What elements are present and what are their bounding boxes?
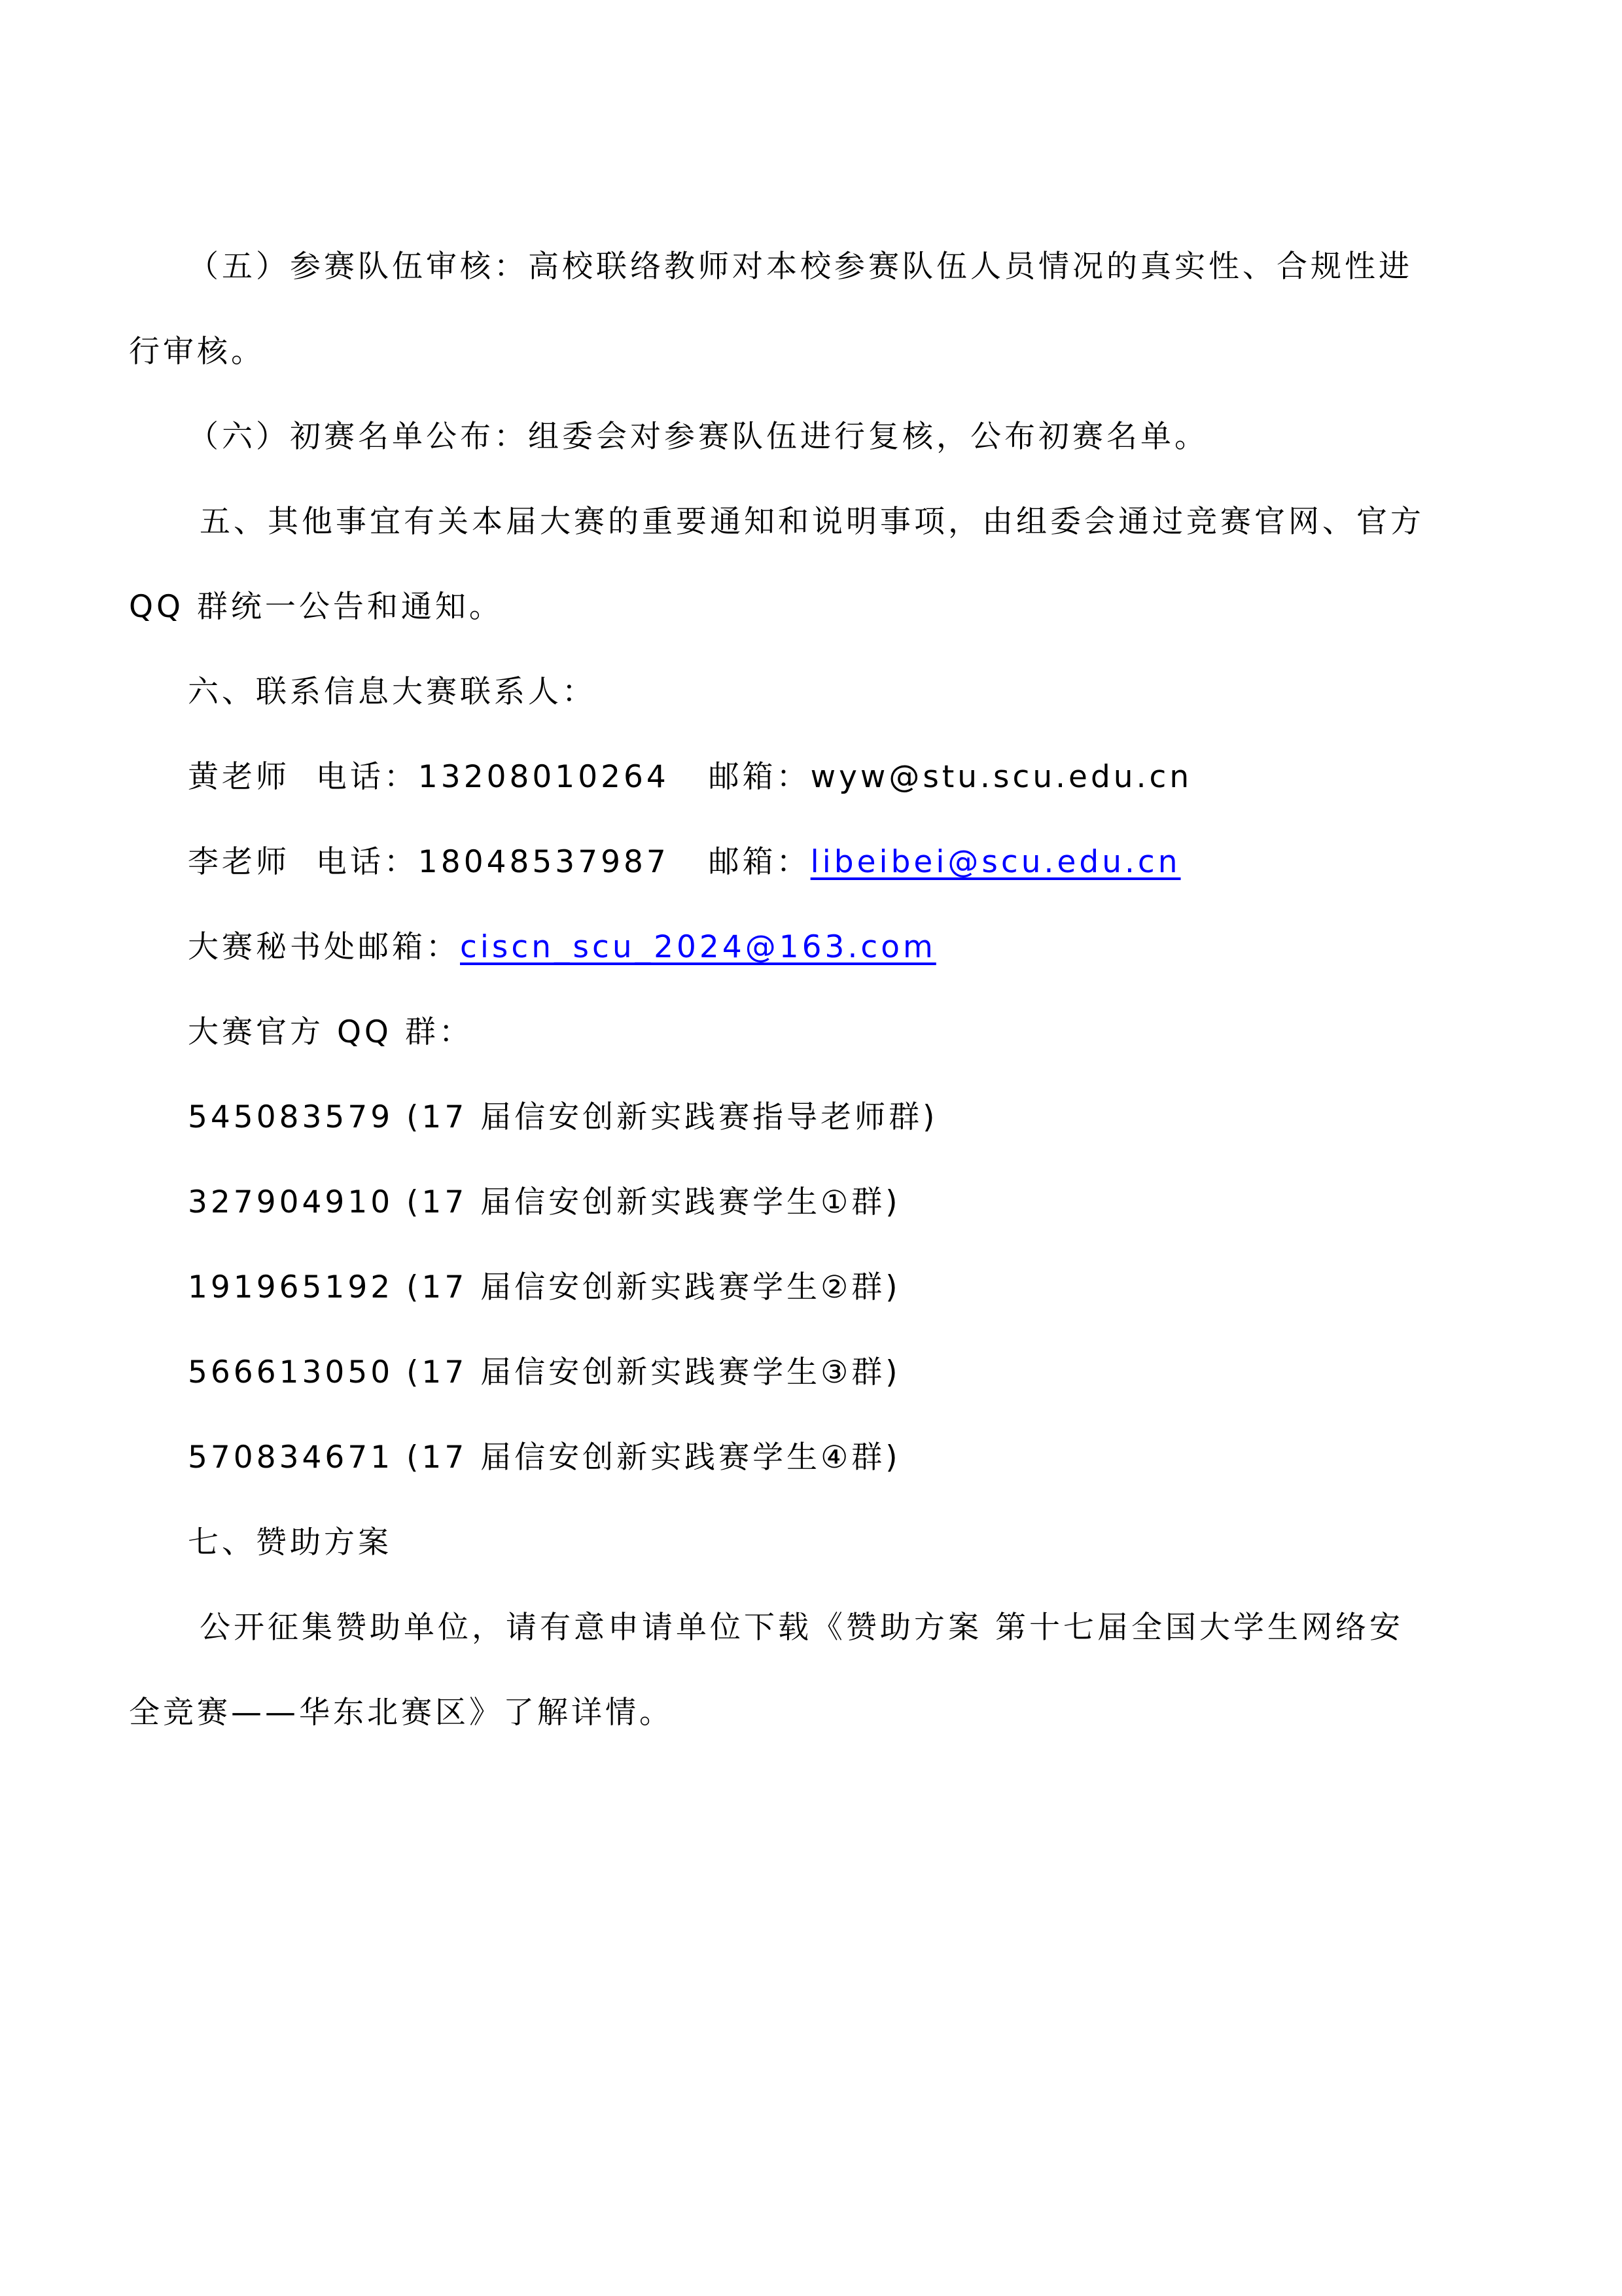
phone-number: 18048537987 [418,844,669,880]
qq-number: 191965192 [188,1269,393,1305]
section-contact-heading: 六、联系信息大赛联系人： [188,673,596,712]
sponsor-text-line2: 全竞赛——华东北赛区》了解详情。 [129,1693,673,1733]
sponsor-text-line1: 公开征集赞助单位，请有意申请单位下载《赞助方案 第十七届全国大学生网络安 [200,1608,1403,1648]
paragraph-team-review-line2: 行审核。 [129,332,265,372]
secretariat-label: 大赛秘书处邮箱： [188,929,460,965]
qq-desc: (17 届信安创新实践赛学生④群) [406,1439,901,1475]
phone-label: 电话： [316,759,418,795]
paragraph-prelim-list: （六）初赛名单公布：组委会对参赛队伍进行复核，公布初赛名单。 [188,417,1208,457]
secretariat-email-link[interactable]: ciscn_scu_2024@163.com [460,929,936,965]
qq-desc: (17 届信安创新实践赛学生①群) [406,1184,901,1220]
qq-group-row: 191965192 (17 届信安创新实践赛学生②群) [188,1268,901,1307]
qq-desc: (17 届信安创新实践赛指导老师群) [406,1099,938,1135]
email-label: 邮箱： [709,759,811,795]
qq-group-row: 545083579 (17 届信安创新实践赛指导老师群) [188,1098,938,1137]
qq-heading: 大赛官方 QQ 群： [188,1013,473,1052]
qq-number: 570834671 [188,1439,393,1475]
contact-name: 黄老师 [188,759,290,795]
qq-desc: (17 届信安创新实践赛学生③群) [406,1354,901,1390]
section-other-matters-line1: 五、其他事宜有关本届大赛的重要通知和说明事项，由组委会通过竞赛官网、官方 [200,503,1424,542]
section-other-matters-line2: QQ 群统一公告和通知。 [129,588,503,627]
qq-group-row: 327904910 (17 届信安创新实践赛学生①群) [188,1183,901,1222]
email-label: 邮箱： [709,844,811,880]
contact-row: 李老师 电话：18048537987 邮箱：libeibei@scu.edu.c… [188,843,1181,882]
sponsor-heading: 七、赞助方案 [188,1523,392,1563]
email-link[interactable]: libeibei@scu.edu.cn [811,844,1181,880]
qq-group-row: 566613050 (17 届信安创新实践赛学生③群) [188,1353,901,1392]
qq-number: 566613050 [188,1354,393,1390]
contact-name: 李老师 [188,844,290,880]
qq-number: 327904910 [188,1184,393,1220]
phone-label: 电话： [316,844,418,880]
qq-group-row: 570834671 (17 届信安创新实践赛学生④群) [188,1438,901,1477]
contact-row: 黄老师 电话：13208010264 邮箱：wyw@stu.scu.edu.cn [188,758,1192,797]
phone-number: 13208010264 [418,759,669,795]
qq-desc: (17 届信安创新实践赛学生②群) [406,1269,901,1305]
email-text: wyw@stu.scu.edu.cn [811,759,1193,795]
qq-number: 545083579 [188,1099,393,1135]
secretariat-row: 大赛秘书处邮箱：ciscn_scu_2024@163.com [188,928,936,967]
paragraph-team-review-line1: （五）参赛队伍审核：高校联络教师对本校参赛队伍人员情况的真实性、合规性进 [188,247,1413,287]
